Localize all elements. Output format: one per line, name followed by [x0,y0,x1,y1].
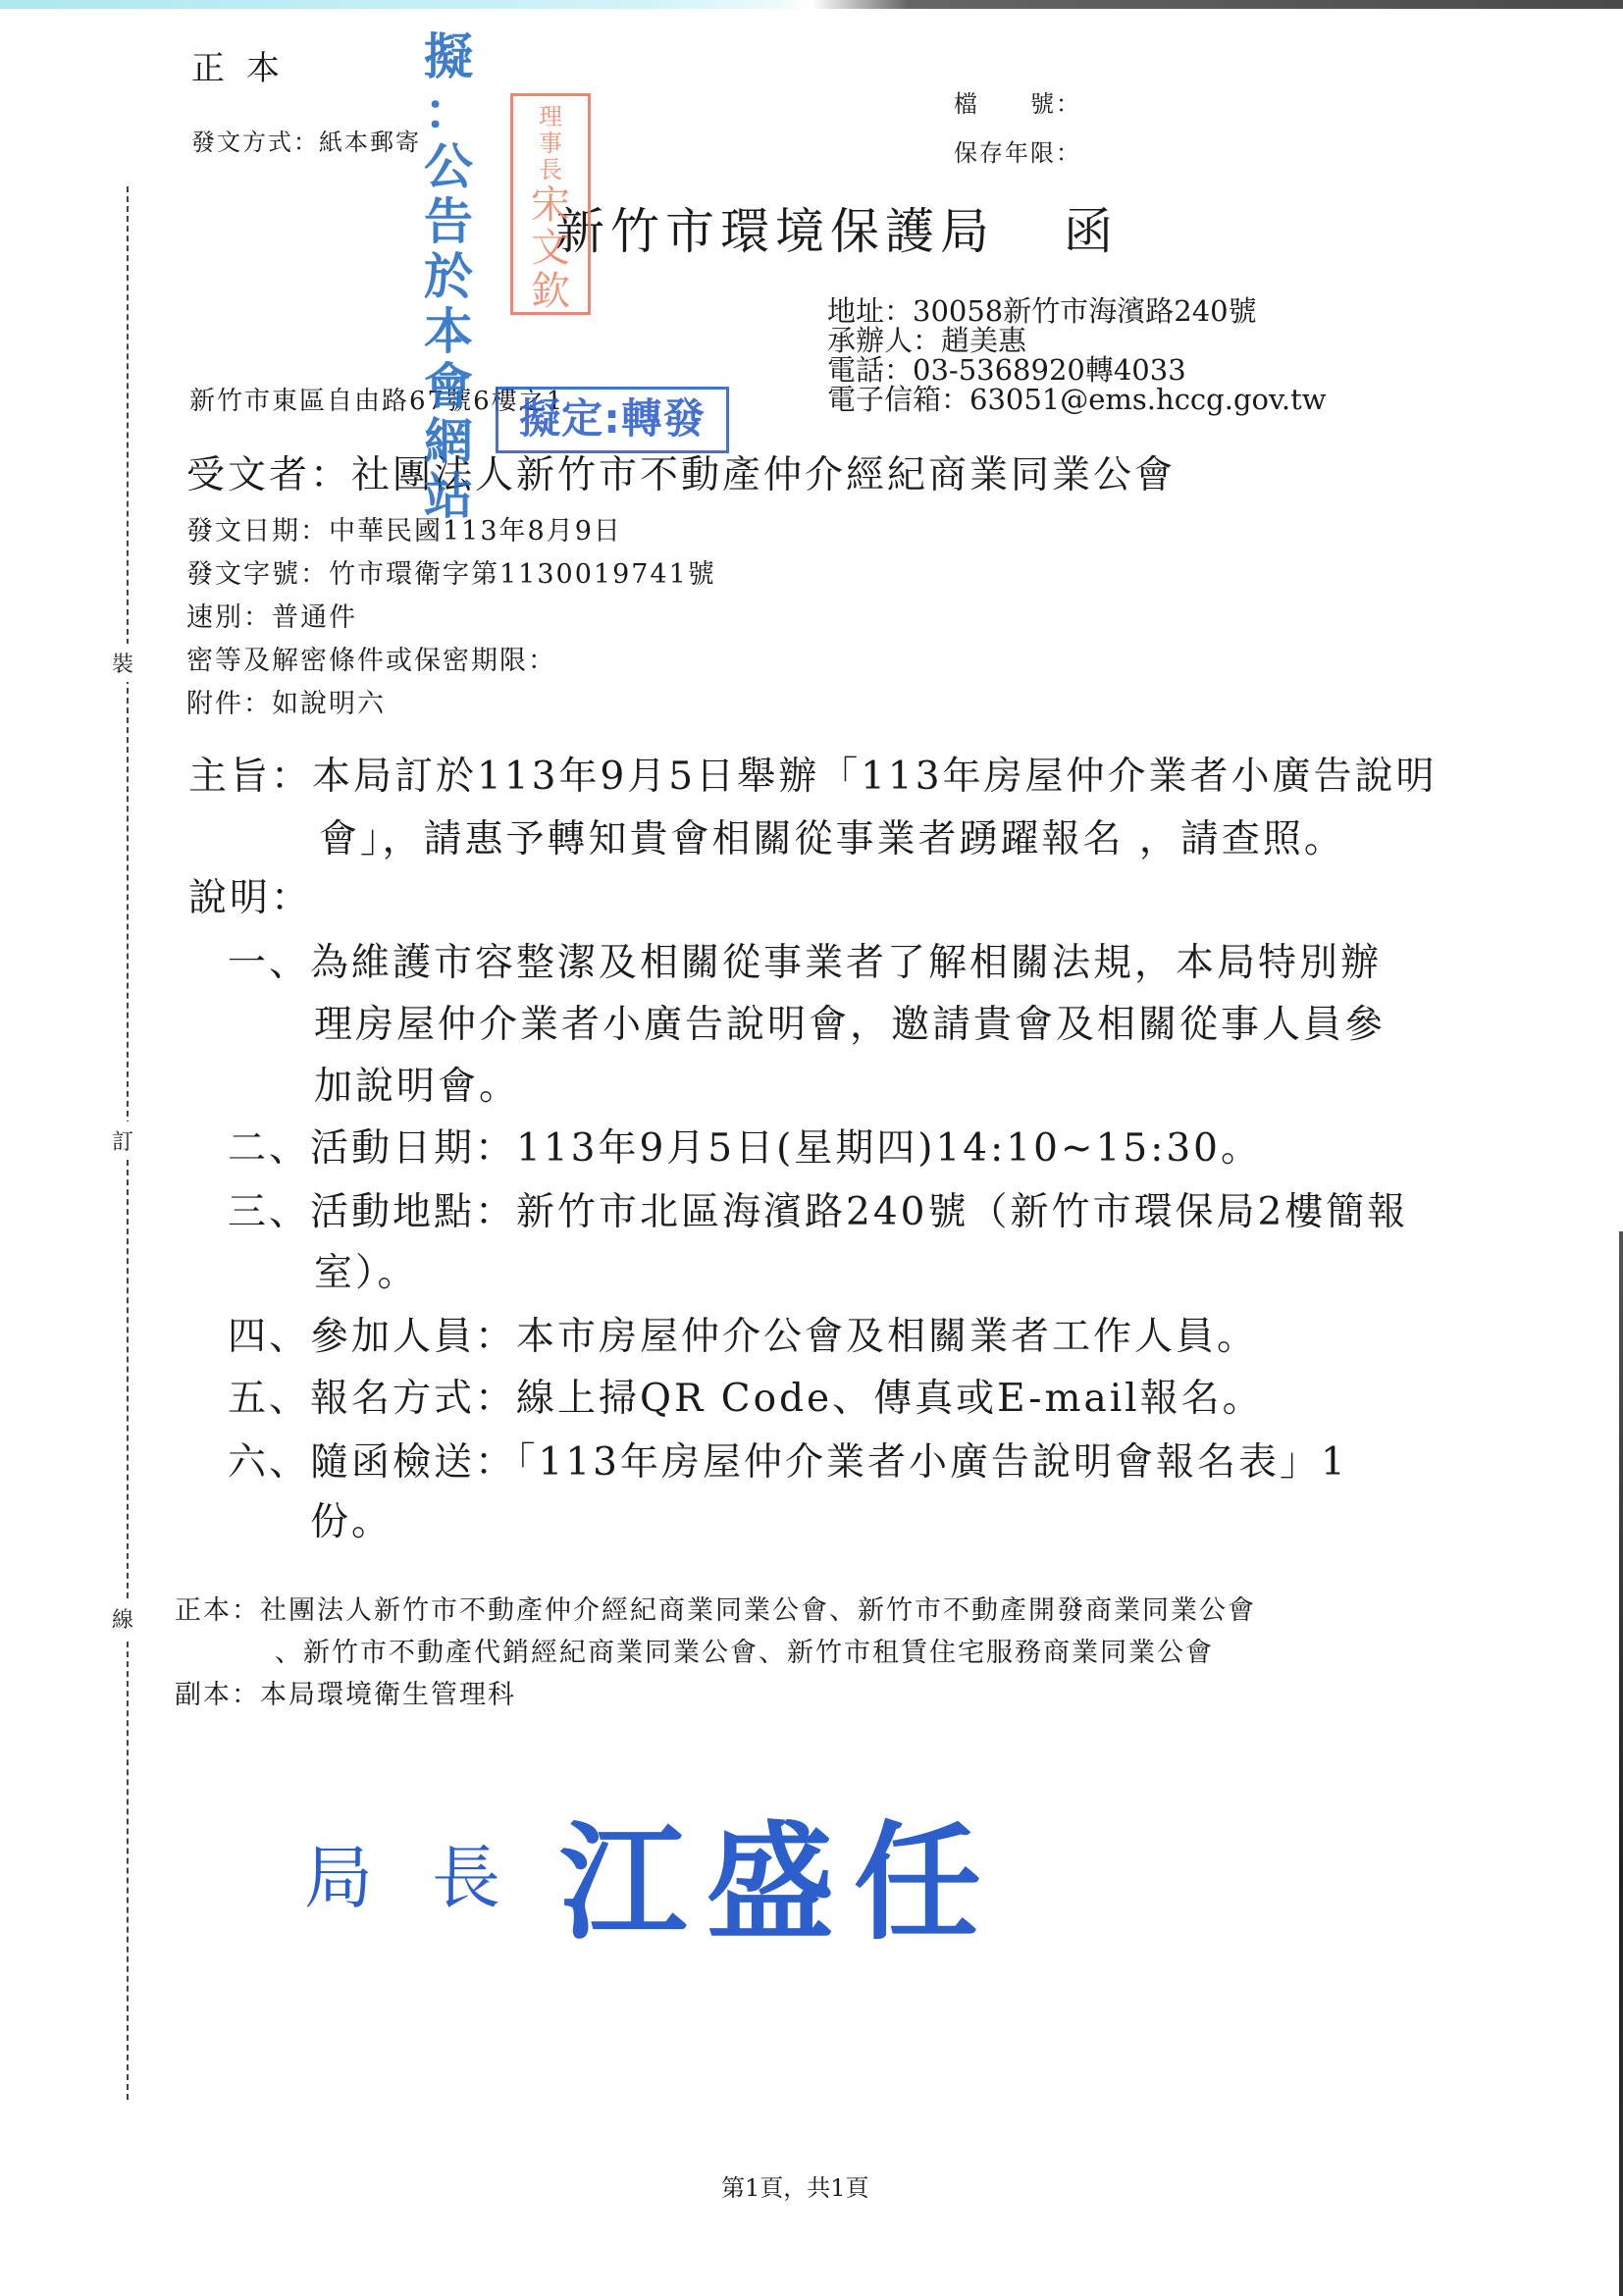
director-signature: 局長江盛任 [304,1781,1001,1964]
explanation-item-1-line-3: 加說明會。 [314,1056,520,1111]
contact-block: 地址：30058新竹市海濱路240號 承辦人：趙美惠 電話：03-5368920… [827,296,1327,414]
subject-line-1: 主旨：本局訂於113年9月5日舉辦「113年房屋仲介業者小廣告說明 [188,746,1438,801]
explanation-item-1-line-2: 理房屋仲介業者小廣告說明會，邀請貴會及相關從事人員參 [314,994,1386,1049]
contact-phone: 電話：03-5368920轉4033 [827,355,1327,385]
gutter-label-staple: 訂 [112,1122,133,1160]
director-name-seal: 江盛任 [559,1781,1001,1964]
file-number-label: 檔 號： [954,84,1081,119]
document-meta: 發文日期：中華民國113年8月9日 發文字號：竹市環衛字第1130019741號… [186,510,716,726]
explanation-item-5: 五、報名方式：線上掃QR Code、傳真或E-mail報名。 [228,1368,1264,1423]
stamp-post-to-website: 擬 ： 公 告 於 本 會 網 站 [420,29,477,524]
page-number: 第1頁，共1頁 [721,2168,869,2203]
delivery-speed: 速別：普通件 [186,597,716,640]
stamp-forward-decision: 擬定:轉發 [496,387,729,453]
scan-edge-right [1619,1231,1623,2296]
explanation-item-4: 四、參加人員：本市房屋仲介公會及相關業者工作人員。 [228,1306,1258,1361]
chairman-seal: 理 事 長 宋 文 欽 [510,93,591,315]
gutter-label-line: 線 [112,1599,133,1638]
explanation-item-3-line-2: 室）。 [314,1242,419,1297]
document-type: 函 [1064,203,1119,260]
agency-name: 新竹市環境保護局 [555,203,995,260]
retention-period-label: 保存年限： [954,133,1081,168]
agency-title: 新竹市環境保護局函 [555,192,1119,263]
copy-type-label: 正本 [191,41,301,89]
security-classification: 密等及解密條件或保密期限： [186,640,716,683]
gutter-label-bind: 裝 [112,644,133,682]
explanation-item-1-line-1: 一、為維護市容整潔及相關從事業者了解相關法規，本局特別辦 [228,932,1382,987]
distribution-copy: 副本：本局環境衛生管理科 [175,1673,516,1711]
dispatch-method: 發文方式：紙本郵寄 [191,123,421,157]
attachment: 附件：如說明六 [186,683,716,726]
distribution-original-line-2: 、新竹市不動產代銷經紀商業同業公會、新竹市租賃住宅服務商業同業公會 [275,1631,1214,1669]
subject-line-2: 會」，請惠予轉知貴會相關從事業者踴躍報名 ，請查照。 [319,809,1345,863]
explanation-item-6-line-2: 份。 [310,1491,393,1546]
explanation-item-2: 二、活動日期：113年9月5日(星期四)14:10~15:30。 [228,1118,1262,1173]
distribution-original-line-1: 正本：社團法人新竹市不動產仲介經紀商業同業公會、新竹市不動產開發商業同業公會 [175,1589,1256,1627]
director-title: 局長 [304,1823,559,1922]
contact-email: 電子信箱：63051@ems.hccg.gov.tw [827,385,1327,414]
scan-edge-top [0,0,1623,9]
contact-handler: 承辦人：趙美惠 [827,326,1327,355]
explanation-item-3-line-1: 三、活動地點：新竹市北區海濱路240號（新竹市環保局2樓簡報 [228,1181,1408,1236]
contact-address: 地址：30058新竹市海濱路240號 [827,296,1327,326]
explanation-item-6-line-1: 六、隨函檢送：「113年房屋仲介業者小廣告說明會報名表」1 [228,1432,1348,1487]
document-number: 發文字號：竹市環衛字第1130019741號 [186,553,716,597]
explanation-label: 說明： [188,867,312,922]
